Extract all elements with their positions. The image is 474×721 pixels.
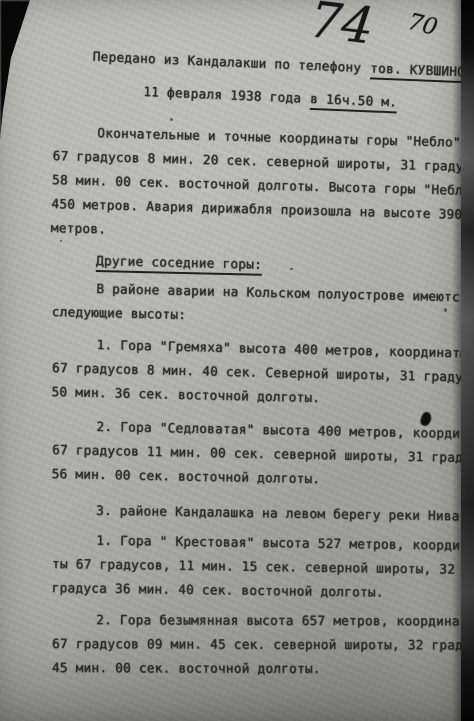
handwritten-page-number-small: 70	[405, 9, 440, 41]
header-block: Передано из Кандалакши по телефонутов. К…	[51, 44, 467, 118]
transmission-source-text: Передано из Кандалакши по телефону	[92, 50, 361, 76]
text-line: 3. районе Кандалашка на левом берегу рек…	[52, 499, 466, 529]
text-line: 2. Гора безымянная высота 657 метров, ко…	[52, 609, 466, 634]
item-mountain-krestovaya: 1. Гора " Крестовая" высота 527 метров, …	[51, 529, 466, 607]
paper-speck	[170, 118, 173, 121]
corner-shadow-top-left	[0, 0, 42, 150]
item-mountain-sedlovataya: 2. Гора "Седловатая" высота 400 метров, …	[51, 415, 466, 495]
text-line: 45 мин. 00 сек. восточной долготы.	[52, 657, 466, 682]
heading-other-mountains: Другие соседние горы:	[52, 249, 466, 282]
typewritten-text: Передано из Кандалакши по телефонутов. К…	[52, 44, 466, 681]
header-line-2: 11 февраля 1938 годав 16ч.50 м.	[143, 81, 466, 118]
text-line: 67 градусов 09 мин. 45 сек. северной шир…	[52, 633, 466, 658]
item-mountain-gremyakha: 1. Гора "Гремяха" высота 400 метров, коо…	[51, 333, 467, 414]
heading-underlined: Другие соседние горы:	[96, 254, 262, 276]
header-line-1: Передано из Кандалакши по телефонутов. К…	[92, 46, 467, 86]
time-underlined: в 16ч.50 м.	[310, 92, 398, 114]
text-line: Другие соседние горы:	[52, 249, 466, 282]
section-kandalaksha-river: 3. районе Кандалашка на левом берегу рек…	[52, 499, 466, 529]
paper-speck	[290, 268, 293, 270]
document-scan-page: 74 70 Передано из Кандалакши по телефону…	[0, 0, 474, 721]
date-text: 11 февраля 1938 года	[143, 85, 302, 107]
paragraph-final-coordinates: Окончательные и точные координаты горы "…	[50, 121, 467, 252]
paper-speck	[60, 240, 62, 242]
item-mountain-unnamed: 2. Гора безымянная высота 657 метров, ко…	[52, 609, 466, 682]
paper-speck	[444, 308, 447, 312]
page-edge-shadow-right	[461, 0, 474, 721]
paragraph-region-intro: В районе аварии на Кольском полуострове …	[51, 277, 466, 334]
